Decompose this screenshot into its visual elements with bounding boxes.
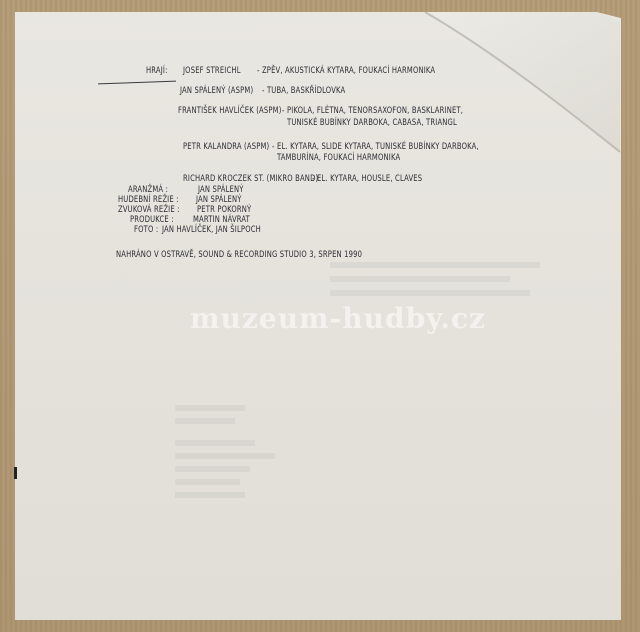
credit-value: JAN HAVLÍČEK, JAN ŠILPOCH: [162, 225, 261, 235]
performer-name: PETR KALANDRA (ASPM): [183, 142, 269, 152]
performer-roles-continued: TAMBURÍNA, FOUKACÍ HARMONIKA: [277, 153, 400, 163]
performer-name: RICHARD KROCZEK ST. (MIKRO BAND): [183, 174, 318, 184]
performer-name: JOSEF STREICHL: [183, 66, 241, 76]
credit-label: ARANŽMÁ :: [128, 185, 168, 195]
recording-note: NAHRÁNO V OSTRAVĚ, SOUND & RECORDING STU…: [116, 250, 362, 260]
credit-label: HUDEBNÍ REŽIE :: [118, 195, 179, 205]
performer-roles: - PIKOLA, FLÉTNA, TENORSAXOFON, BASKLARI…: [282, 106, 463, 116]
credit-value: JAN SPÁLENÝ: [198, 185, 244, 195]
credit-label: ZVUKOVÁ REŽIE :: [118, 205, 180, 215]
watermark: muzeum-hudby.cz: [190, 302, 486, 335]
credit-label: FOTO :: [134, 225, 158, 235]
performer-name: FRANTIŠEK HAVLÍČEK (ASPM): [178, 106, 282, 116]
credit-value: PETR POKORNÝ: [197, 205, 251, 215]
performer-name: JAN SPÁLENÝ (ASPM): [180, 86, 253, 96]
credit-value: JAN SPÁLENÝ: [196, 195, 242, 205]
credit-value: MARTIN NÁVRAT: [193, 215, 250, 225]
performer-roles: - ZPĚV, AKUSTICKÁ KYTARA, FOUKACÍ HARMON…: [257, 66, 435, 76]
performer-roles: - TUBA, BASKŘÍDLOVKA: [262, 86, 345, 96]
edge-mark: [14, 467, 17, 479]
performer-roles: - EL. KYTARA, HOUSLE, CLAVES: [312, 174, 422, 184]
performer-roles-continued: TUNISKÉ BUBÍNKY DARBOKA, CABASA, TRIANGL: [287, 118, 457, 128]
performers-label: HRAJÍ:: [146, 66, 168, 76]
credit-label: PRODUKCE :: [130, 215, 174, 225]
performer-roles: - EL. KYTARA, SLIDE KYTARA, TUNISKÉ BUBÍ…: [272, 142, 479, 152]
